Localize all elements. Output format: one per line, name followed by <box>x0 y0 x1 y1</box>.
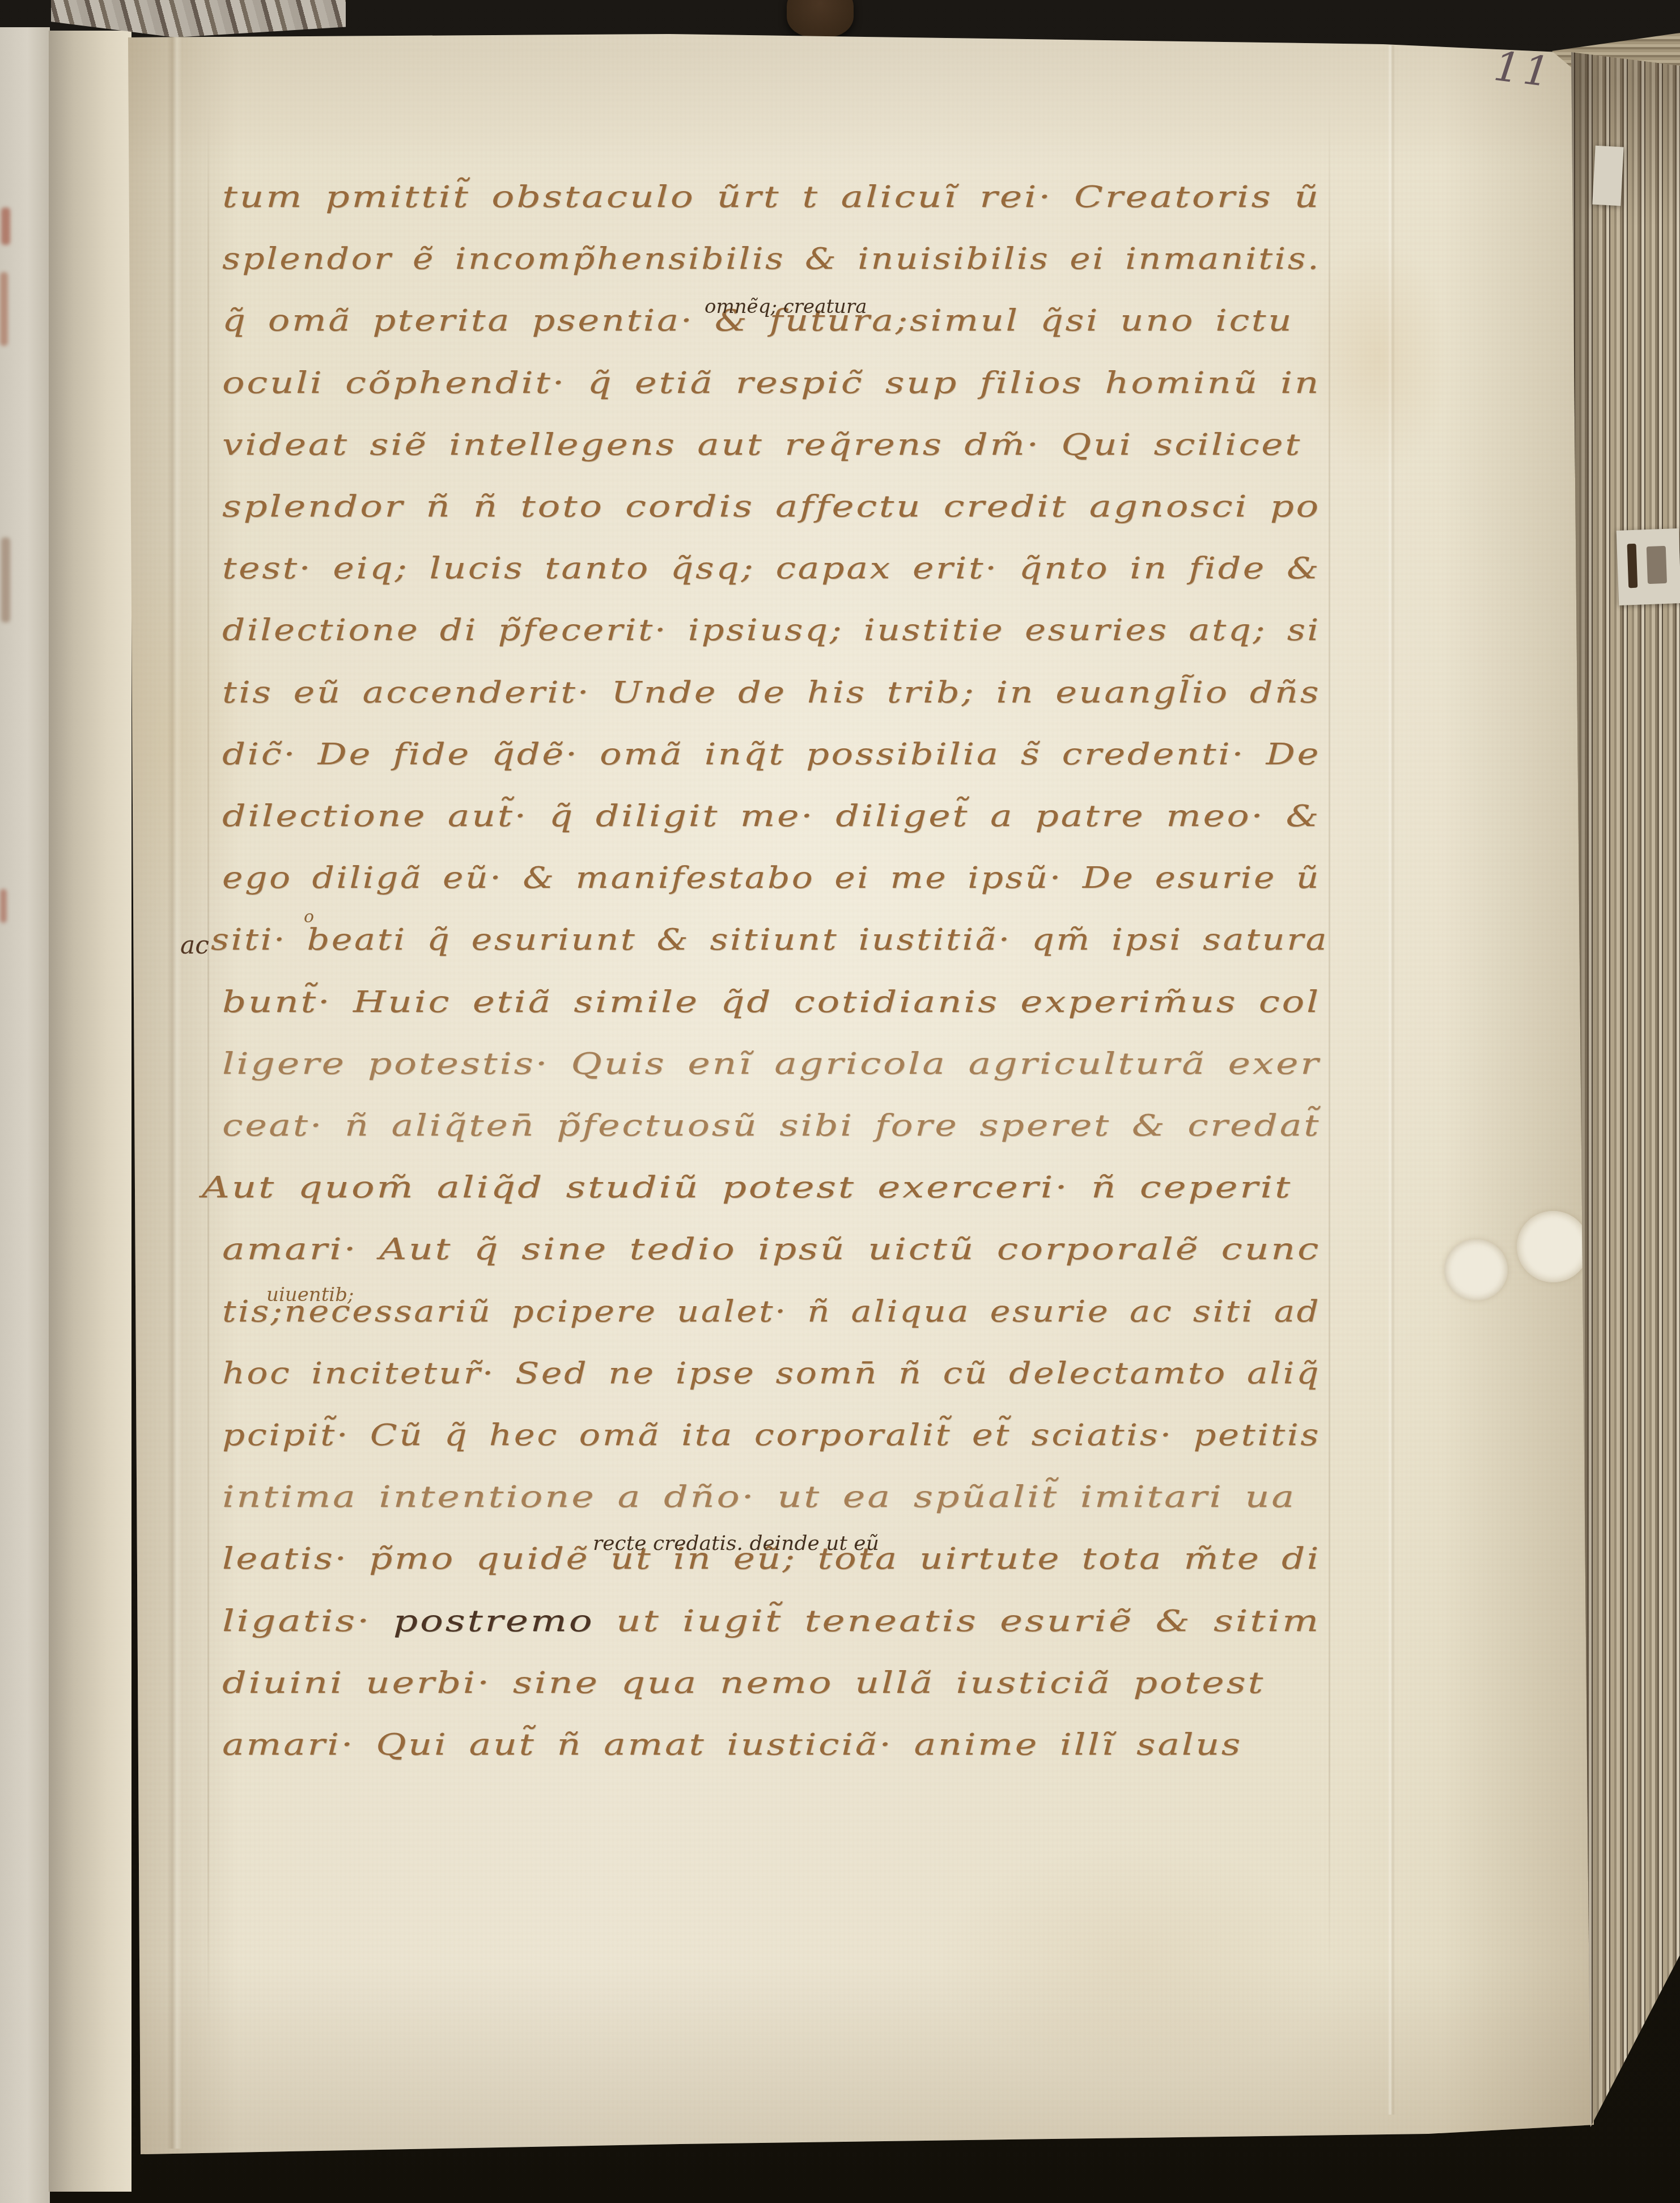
line-text: splendor ñ ñ toto cordis affectu credit … <box>222 490 1321 524</box>
text-block: tum pmittit̃ obstaculo ũrt t alicuĩ rei·… <box>0 0 1680 2203</box>
manuscript-line: intima intentione a dño· ut ea spũalit̃ … <box>222 1480 1296 1514</box>
manuscript-line: dilectione di p̃fecerit· ipsiusq; iustit… <box>222 613 1321 647</box>
manuscript-line: videat siẽ intellegens aut req̃rens dm̃·… <box>222 428 1302 462</box>
line-text: amari· Aut q̃ sine tedio ipsũ uictũ corp… <box>222 1232 1321 1266</box>
line-text: ego diligã eũ· & manifestabo ei me ipsũ·… <box>222 861 1321 895</box>
manuscript-line: ego diligã eũ· & manifestabo ei me ipsũ·… <box>222 861 1321 895</box>
line-text: oculi cõphendit· q̃ etiã respic̃ sup fil… <box>222 366 1321 400</box>
line-text: Aut quom̃ aliq̃d studiũ potest exerceri·… <box>202 1171 1292 1205</box>
line-text: videat siẽ intellegens aut req̃rens dm̃·… <box>222 428 1302 462</box>
manuscript-line: oculi cõphendit· q̃ etiã respic̃ sup fil… <box>222 366 1321 400</box>
manuscript-line: amari· Aut q̃ sine tedio ipsũ uictũ corp… <box>222 1232 1321 1266</box>
manuscript-line: pcipit̃· Cũ q̃ hec omã ita corporalit̃ e… <box>222 1418 1321 1452</box>
manuscript-line: diuini uerbi· sine qua nemo ullã iustici… <box>222 1666 1265 1700</box>
manuscript-line: ligatis· postremo ut iugit̃ teneatis esu… <box>222 1604 1321 1638</box>
interlinear-gloss: recte credatis. deinde ut eũ <box>593 1532 879 1555</box>
manuscript-line: splendor ẽ incomp̃hensibilis & inuisibil… <box>222 242 1321 276</box>
line-text: ceat· ñ aliq̃ten̄ p̃fectuosũ sibi fore s… <box>222 1109 1321 1143</box>
line-text: tis;necessariũ pcipere ualet· ñ aliqua e… <box>222 1295 1321 1329</box>
line-text: pcipit̃· Cũ q̃ hec omã ita corporalit̃ e… <box>222 1418 1321 1452</box>
manuscript-line: bunt̃· Huic etiã simile q̃d cotidianis e… <box>222 985 1321 1019</box>
binding-strap <box>787 0 854 37</box>
ink-bleed-mark <box>0 889 7 923</box>
manuscript-line: splendor ñ ñ toto cordis affectu credit … <box>222 490 1321 524</box>
ink-bleed-mark <box>1 537 10 622</box>
manuscript-line: dic̃· De fide q̃dẽ· omã inq̃t possibilia… <box>222 738 1321 772</box>
dark-ink-segment: postremo <box>393 1604 595 1638</box>
manuscript-line: tis eũ accenderit· Unde de his trib; in … <box>222 676 1321 710</box>
manuscript-photo: 11 tum pmittit̃ obstaculo ũrt t alicuĩ r… <box>0 0 1680 2203</box>
ink-bleed-mark <box>0 272 8 346</box>
manuscript-line: tum pmittit̃ obstaculo ũrt t alicuĩ rei·… <box>222 180 1321 214</box>
manuscript-line: ceat· ñ aliq̃ten̄ p̃fectuosũ sibi fore s… <box>222 1109 1321 1143</box>
line-text: test· eiq; lucis tanto q̃sq; capax erit·… <box>222 552 1321 586</box>
interlinear-gloss: o <box>304 907 314 927</box>
parchment-tab <box>1592 146 1623 206</box>
line-text: hoc incitetur̃· Sed ne ipse somn̄ ñ cũ d… <box>222 1357 1321 1391</box>
line-text: dilectione aut̃· q̃ diligit me· diliget̃… <box>222 799 1321 833</box>
manuscript-line: Aut quom̃ aliq̃d studiũ potest exerceri·… <box>202 1171 1292 1205</box>
tab-ink-mark <box>1647 546 1667 584</box>
line-text: bunt̃· Huic etiã simile q̃d cotidianis e… <box>222 985 1321 1019</box>
manuscript-line: test· eiq; lucis tanto q̃sq; capax erit·… <box>222 552 1321 586</box>
ink-bleed-mark <box>1 207 10 245</box>
line-text: diuini uerbi· sine qua nemo ullã iustici… <box>222 1666 1265 1700</box>
margin-note: ac <box>180 931 209 960</box>
parchment-tab <box>1617 528 1680 605</box>
manuscript-line: dilectione aut̃· q̃ diligit me· diliget̃… <box>222 799 1321 833</box>
manuscript-line: amari· Qui aut̃ ñ amat iusticiã· anime i… <box>222 1728 1242 1762</box>
manuscript-line: siti· beati q̃ esuriunt & sitiunt iustit… <box>211 923 1329 957</box>
line-text: amari· Qui aut̃ ñ amat iusticiã· anime i… <box>222 1728 1242 1762</box>
manuscript-line: hoc incitetur̃· Sed ne ipse somn̄ ñ cũ d… <box>222 1357 1321 1391</box>
line-text: dic̃· De fide q̃dẽ· omã inq̃t possibilia… <box>222 738 1321 772</box>
left-page-edges <box>0 27 50 2203</box>
line-text: ligere potestis· Quis enĩ agricola agric… <box>222 1047 1321 1081</box>
manuscript-line: tis;necessariũ pcipere ualet· ñ aliqua e… <box>222 1295 1321 1329</box>
line-text: ligatis· <box>222 1604 393 1638</box>
tab-ink-mark <box>1627 544 1638 588</box>
gutter-fold <box>49 31 131 2192</box>
line-text: intima intentione a dño· ut ea spũalit̃ … <box>222 1480 1296 1514</box>
line-text: tis eũ accenderit· Unde de his trib; in … <box>222 676 1321 710</box>
line-text: splendor ẽ incomp̃hensibilis & inuisibil… <box>222 242 1321 276</box>
interlinear-gloss: omnẽq; creatura <box>705 295 867 318</box>
line-text: ut iugit̃ teneatis esuriẽ & sitim <box>595 1604 1321 1638</box>
parchment-page: 11 tum pmittit̃ obstaculo ũrt t alicuĩ r… <box>0 0 1680 2203</box>
line-text: tum pmittit̃ obstaculo ũrt t alicuĩ rei·… <box>222 180 1321 214</box>
line-text: siti· beati q̃ esuriunt & sitiunt iustit… <box>211 923 1329 957</box>
interlinear-gloss: uiuentib; <box>266 1283 354 1306</box>
line-text: dilectione di p̃fecerit· ipsiusq; iustit… <box>222 613 1321 647</box>
manuscript-line: ligere potestis· Quis enĩ agricola agric… <box>222 1047 1321 1081</box>
